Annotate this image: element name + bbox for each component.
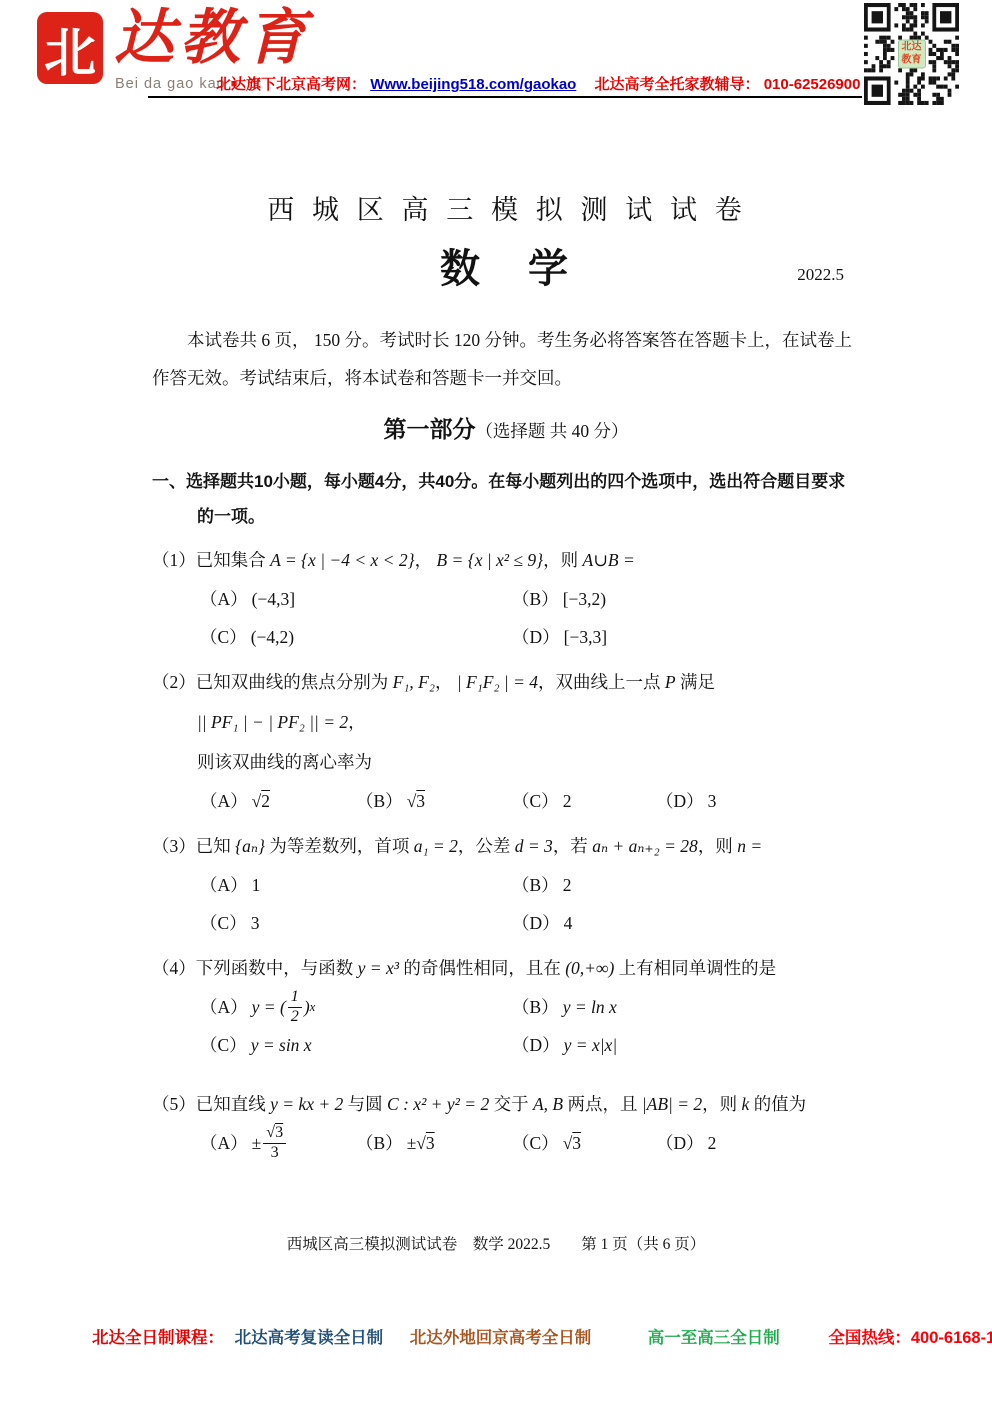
option-value: 2 xyxy=(708,1124,717,1162)
math-expr: n = xyxy=(737,836,762,856)
question-2-stem: （2）已知双曲线的焦点分别为 F₁, F₂， | F₁F₂ | = 4，双曲线上… xyxy=(152,662,860,742)
option-value: [−3,3] xyxy=(564,618,607,656)
part1-heading-bold: 第一部分 xyxy=(383,416,475,442)
qr-center-line1: 北达 xyxy=(902,42,922,55)
question-number: （1） xyxy=(152,550,196,570)
option-label: （C） xyxy=(200,904,247,942)
math-expr: (0,+∞) xyxy=(565,958,614,978)
promo-item-fulltime-repeat: 北达高考复读全日制 xyxy=(235,1329,384,1347)
option-label: （C） xyxy=(200,1026,247,1064)
stem-text: 已知 xyxy=(196,836,235,856)
option-label: （A） xyxy=(200,782,248,820)
document-body: 西 城 区 高 三 模 拟 测 试 试 卷 数 学 2022.5 本试卷共 6 … xyxy=(152,193,860,1162)
question-1-options: （A）(−4,3] （B）[−3,2) （C）(−4,2) （D）[−3,3] xyxy=(200,580,860,656)
fraction-numerator: 1 xyxy=(288,988,302,1008)
stem-text: ， xyxy=(435,672,457,692)
brand-stamp-char: 北 xyxy=(44,11,96,86)
option-label: （B） xyxy=(512,866,559,904)
question-4-options: （A）y = (12)x （B）y = ln x （C）y = sin x （D… xyxy=(200,988,860,1064)
stem-text: 上有相同单调性的是 xyxy=(614,958,776,978)
qr-code: 北达 教育 xyxy=(864,3,959,105)
option-2c: （C）2 xyxy=(512,782,656,820)
question-number: （2） xyxy=(152,672,196,692)
question-2-options: （A）√2 （B）√3 （C）2 （D）3 xyxy=(200,782,860,820)
math-superscript: x xyxy=(310,988,316,1026)
fraction-denominator: 3 xyxy=(263,1144,286,1163)
option-4a: （A）y = (12)x xyxy=(200,988,512,1026)
exam-title: 西 城 区 高 三 模 拟 测 试 试 卷 xyxy=(152,193,860,227)
question-number: （4） xyxy=(152,958,196,978)
stem-text: ，则 xyxy=(543,550,582,570)
option-5c: （C）√3 xyxy=(512,1124,656,1162)
question-1: （1）已知集合 A = {x | −4 < x < 2}， B = {x | x… xyxy=(152,540,860,656)
fraction-numerator: √3 xyxy=(263,1124,286,1144)
question-3: （3）已知 {aₙ} 为等差数列，首项 a₁ = 2，公差 d = 3，若 aₙ… xyxy=(152,826,860,942)
option-4d: （D）y = x|x| xyxy=(512,1026,860,1064)
option-3d: （D）4 xyxy=(512,904,860,942)
option-2a: （A）√2 xyxy=(200,782,356,820)
option-value: √3 xyxy=(407,782,425,820)
subject-title: 数 学 xyxy=(440,247,572,291)
option-label: （B） xyxy=(512,988,559,1026)
option-value: ±√3 xyxy=(407,1124,435,1162)
option-label: （C） xyxy=(200,618,247,656)
question-number: （5） xyxy=(152,1094,196,1114)
header-rule xyxy=(148,96,862,98)
option-value: y = ln x xyxy=(563,988,617,1026)
option-label: （D） xyxy=(512,618,560,656)
question-3-options: （A）1 （B）2 （C）3 （D）4 xyxy=(200,866,860,942)
option-value: 1 xyxy=(252,866,261,904)
exam-date: 2022.5 xyxy=(797,265,844,285)
option-value: 3 xyxy=(708,782,717,820)
math-expr: || PF₁ | − | PF₂ || = 2 xyxy=(197,712,348,732)
qr-center-line2: 教育 xyxy=(902,54,922,67)
stem-text: ，双曲线上一点 xyxy=(538,672,665,692)
question-5: （5）已知直线 y = kx + 2 与圆 C : x² + y² = 2 交于… xyxy=(152,1084,860,1162)
question-number: （3） xyxy=(152,836,196,856)
option-4c: （C）y = sin x xyxy=(200,1026,512,1064)
option-value: 2 xyxy=(563,866,572,904)
part1-heading: 第一部分（选择题 共 40 分） xyxy=(152,411,860,444)
promo-item-returning-students: 北达外地回京高考全日制 xyxy=(410,1329,592,1347)
option-3a: （A）1 xyxy=(200,866,512,904)
promo-item-grades: 高一至高三全日制 xyxy=(648,1329,780,1347)
option-label: （C） xyxy=(512,782,559,820)
option-1d: （D）[−3,3] xyxy=(512,618,860,656)
brand-stamp-icon: 北 xyxy=(37,12,103,84)
option-label: （D） xyxy=(512,1026,560,1064)
stem-text: 已知双曲线的焦点分别为 xyxy=(196,672,393,692)
option-label: （A） xyxy=(200,988,248,1026)
stem-text: 与圆 xyxy=(343,1094,387,1114)
option-4b: （B）y = ln x xyxy=(512,988,860,1026)
stem-text: 交于 xyxy=(489,1094,533,1114)
option-value: (−4,2) xyxy=(251,618,294,656)
option-value: y = sin x xyxy=(251,1026,312,1064)
option-label: （A） xyxy=(200,580,248,618)
math-expr: y = ( xyxy=(252,988,286,1026)
intro-paragraph: 本试卷共 6 页， 150 分。考试时长 120 分钟。考生务必将答案答在答题卡… xyxy=(152,321,860,397)
stem-text: ，公差 xyxy=(458,836,515,856)
header-site-label: 北达旗下北京高考网： xyxy=(216,76,366,93)
option-label: （A） xyxy=(200,866,248,904)
option-value: (−4,3] xyxy=(252,580,295,618)
option-2d: （D）3 xyxy=(656,782,860,820)
stem-text: 满足 xyxy=(676,672,715,692)
math-expr: |AB| = 2 xyxy=(642,1094,702,1114)
math-expr: {aₙ} xyxy=(235,836,265,856)
stem-text: ， xyxy=(415,550,437,570)
page-footer: 西城区高三模拟测试试卷 数学 2022.5 第 1 页（共 6 页） xyxy=(0,1232,992,1254)
option-value: 3 xyxy=(251,904,260,942)
option-label: （B） xyxy=(512,580,559,618)
option-label: （B） xyxy=(356,782,403,820)
qr-center-label: 北达 教育 xyxy=(898,40,926,69)
question-4: （4）下列函数中，与函数 y = x³ 的奇偶性相同，且在 (0,+∞) 上有相… xyxy=(152,948,860,1064)
option-1b: （B）[−3,2) xyxy=(512,580,860,618)
option-1c: （C）(−4,2) xyxy=(200,618,512,656)
stem-text: 两点，且 xyxy=(563,1094,642,1114)
option-label: （D） xyxy=(656,1124,704,1162)
stem-text: 下列函数中，与函数 xyxy=(196,958,358,978)
question-2: （2）已知双曲线的焦点分别为 F₁, F₂， | F₁F₂ | = 4，双曲线上… xyxy=(152,662,860,820)
fraction: 12 xyxy=(288,988,302,1026)
exam-paper-page: 北 达教育 Bei da gao kao ■ 北达旗下北京高考网： Www.be… xyxy=(0,0,992,1403)
question-3-stem: （3）已知 {aₙ} 为等差数列，首项 a₁ = 2，公差 d = 3，若 aₙ… xyxy=(152,826,860,866)
math-expr: ± xyxy=(252,1124,262,1162)
option-5b: （B）±√3 xyxy=(356,1124,512,1162)
question-4-stem: （4）下列函数中，与函数 y = x³ 的奇偶性相同，且在 (0,+∞) 上有相… xyxy=(152,948,860,988)
option-value: √2 xyxy=(252,782,270,820)
option-label: （D） xyxy=(512,904,560,942)
stem-text: 已知集合 xyxy=(196,550,270,570)
option-value: y = x|x| xyxy=(564,1026,617,1064)
math-expr: A = {x | −4 < x < 2} xyxy=(270,550,414,570)
header-tutor-phone: 010-62526900 xyxy=(764,76,861,93)
fraction-denominator: 2 xyxy=(288,1008,302,1027)
stem-text: 的奇偶性相同，且在 xyxy=(399,958,565,978)
math-expr: A, B xyxy=(533,1094,563,1114)
option-value: √3 xyxy=(563,1124,581,1162)
stem-text: ，若 xyxy=(553,836,592,856)
stem-text: ，则 xyxy=(698,836,737,856)
promo-hotline: 全国热线：400-6168-182 xyxy=(828,1329,992,1347)
math-expr: C : x² + y² = 2 xyxy=(387,1094,489,1114)
question-5-stem: （5）已知直线 y = kx + 2 与圆 C : x² + y² = 2 交于… xyxy=(152,1084,860,1124)
option-5a: （A）±√33 xyxy=(200,1124,356,1162)
header-tutor-label: 北达高考全托家教辅导： xyxy=(595,76,760,93)
option-value: 2 xyxy=(563,782,572,820)
section-directive: 一、选择题共10小题，每小题4分，共40分。在每小题列出的四个选项中，选出符合题… xyxy=(152,464,860,534)
math-expr: B = {x | x² ≤ 9} xyxy=(436,550,543,570)
math-expr: aₙ + aₙ₊₂ = 28 xyxy=(592,836,698,856)
stem-text: ，则 xyxy=(702,1094,741,1114)
brand-tagline-text: Bei da gao kao xyxy=(115,76,226,92)
subject-row: 数 学 2022.5 xyxy=(152,237,860,291)
option-value: [−3,2) xyxy=(563,580,606,618)
fraction: √33 xyxy=(263,1124,286,1162)
option-value: 4 xyxy=(564,904,573,942)
part1-heading-note: （选择题 共 40 分） xyxy=(475,421,628,441)
brand-wordmark: 达教育 xyxy=(114,0,312,76)
stem-text: 为等差数列，首项 xyxy=(265,836,414,856)
stem-text: 已知直线 xyxy=(196,1094,270,1114)
option-1a: （A）(−4,3] xyxy=(200,580,512,618)
math-expr: | F₁F₂ | = 4 xyxy=(457,672,538,692)
header-contact-line: 北达旗下北京高考网： Www.beijing518.com/gaokao 北达高… xyxy=(216,73,860,94)
question-5-options: （A）±√33 （B）±√3 （C）√3 （D）2 xyxy=(200,1124,860,1162)
promo-label: 北达全日制课程： xyxy=(92,1329,224,1347)
math-expr: P xyxy=(665,672,676,692)
option-3c: （C）3 xyxy=(200,904,512,942)
math-expr: y = kx + 2 xyxy=(270,1094,343,1114)
option-label: （A） xyxy=(200,1124,248,1162)
header-site-link[interactable]: Www.beijing518.com/gaokao xyxy=(370,76,576,93)
math-expr: y = x³ xyxy=(358,958,399,978)
math-expr: F₁, F₂ xyxy=(393,672,435,692)
option-label: （C） xyxy=(512,1124,559,1162)
bottom-promo-bar: 北达全日制课程： 北达高考复读全日制 北达外地回京高考全日制 高一至高三全日制 … xyxy=(92,1324,952,1348)
question-1-stem: （1）已知集合 A = {x | −4 < x < 2}， B = {x | x… xyxy=(152,540,860,580)
stem-text: 的值为 xyxy=(749,1094,806,1114)
math-expr: d = 3 xyxy=(515,836,553,856)
question-2-stem-line2: 则该双曲线的离心率为 xyxy=(152,742,860,782)
stem-text: ， xyxy=(348,712,366,732)
option-5d: （D）2 xyxy=(656,1124,860,1162)
option-label: （B） xyxy=(356,1124,403,1162)
math-expr: a₁ = 2 xyxy=(414,836,458,856)
math-expr: A∪B = xyxy=(583,550,635,570)
option-2b: （B）√3 xyxy=(356,782,512,820)
option-3b: （B）2 xyxy=(512,866,860,904)
option-label: （D） xyxy=(656,782,704,820)
